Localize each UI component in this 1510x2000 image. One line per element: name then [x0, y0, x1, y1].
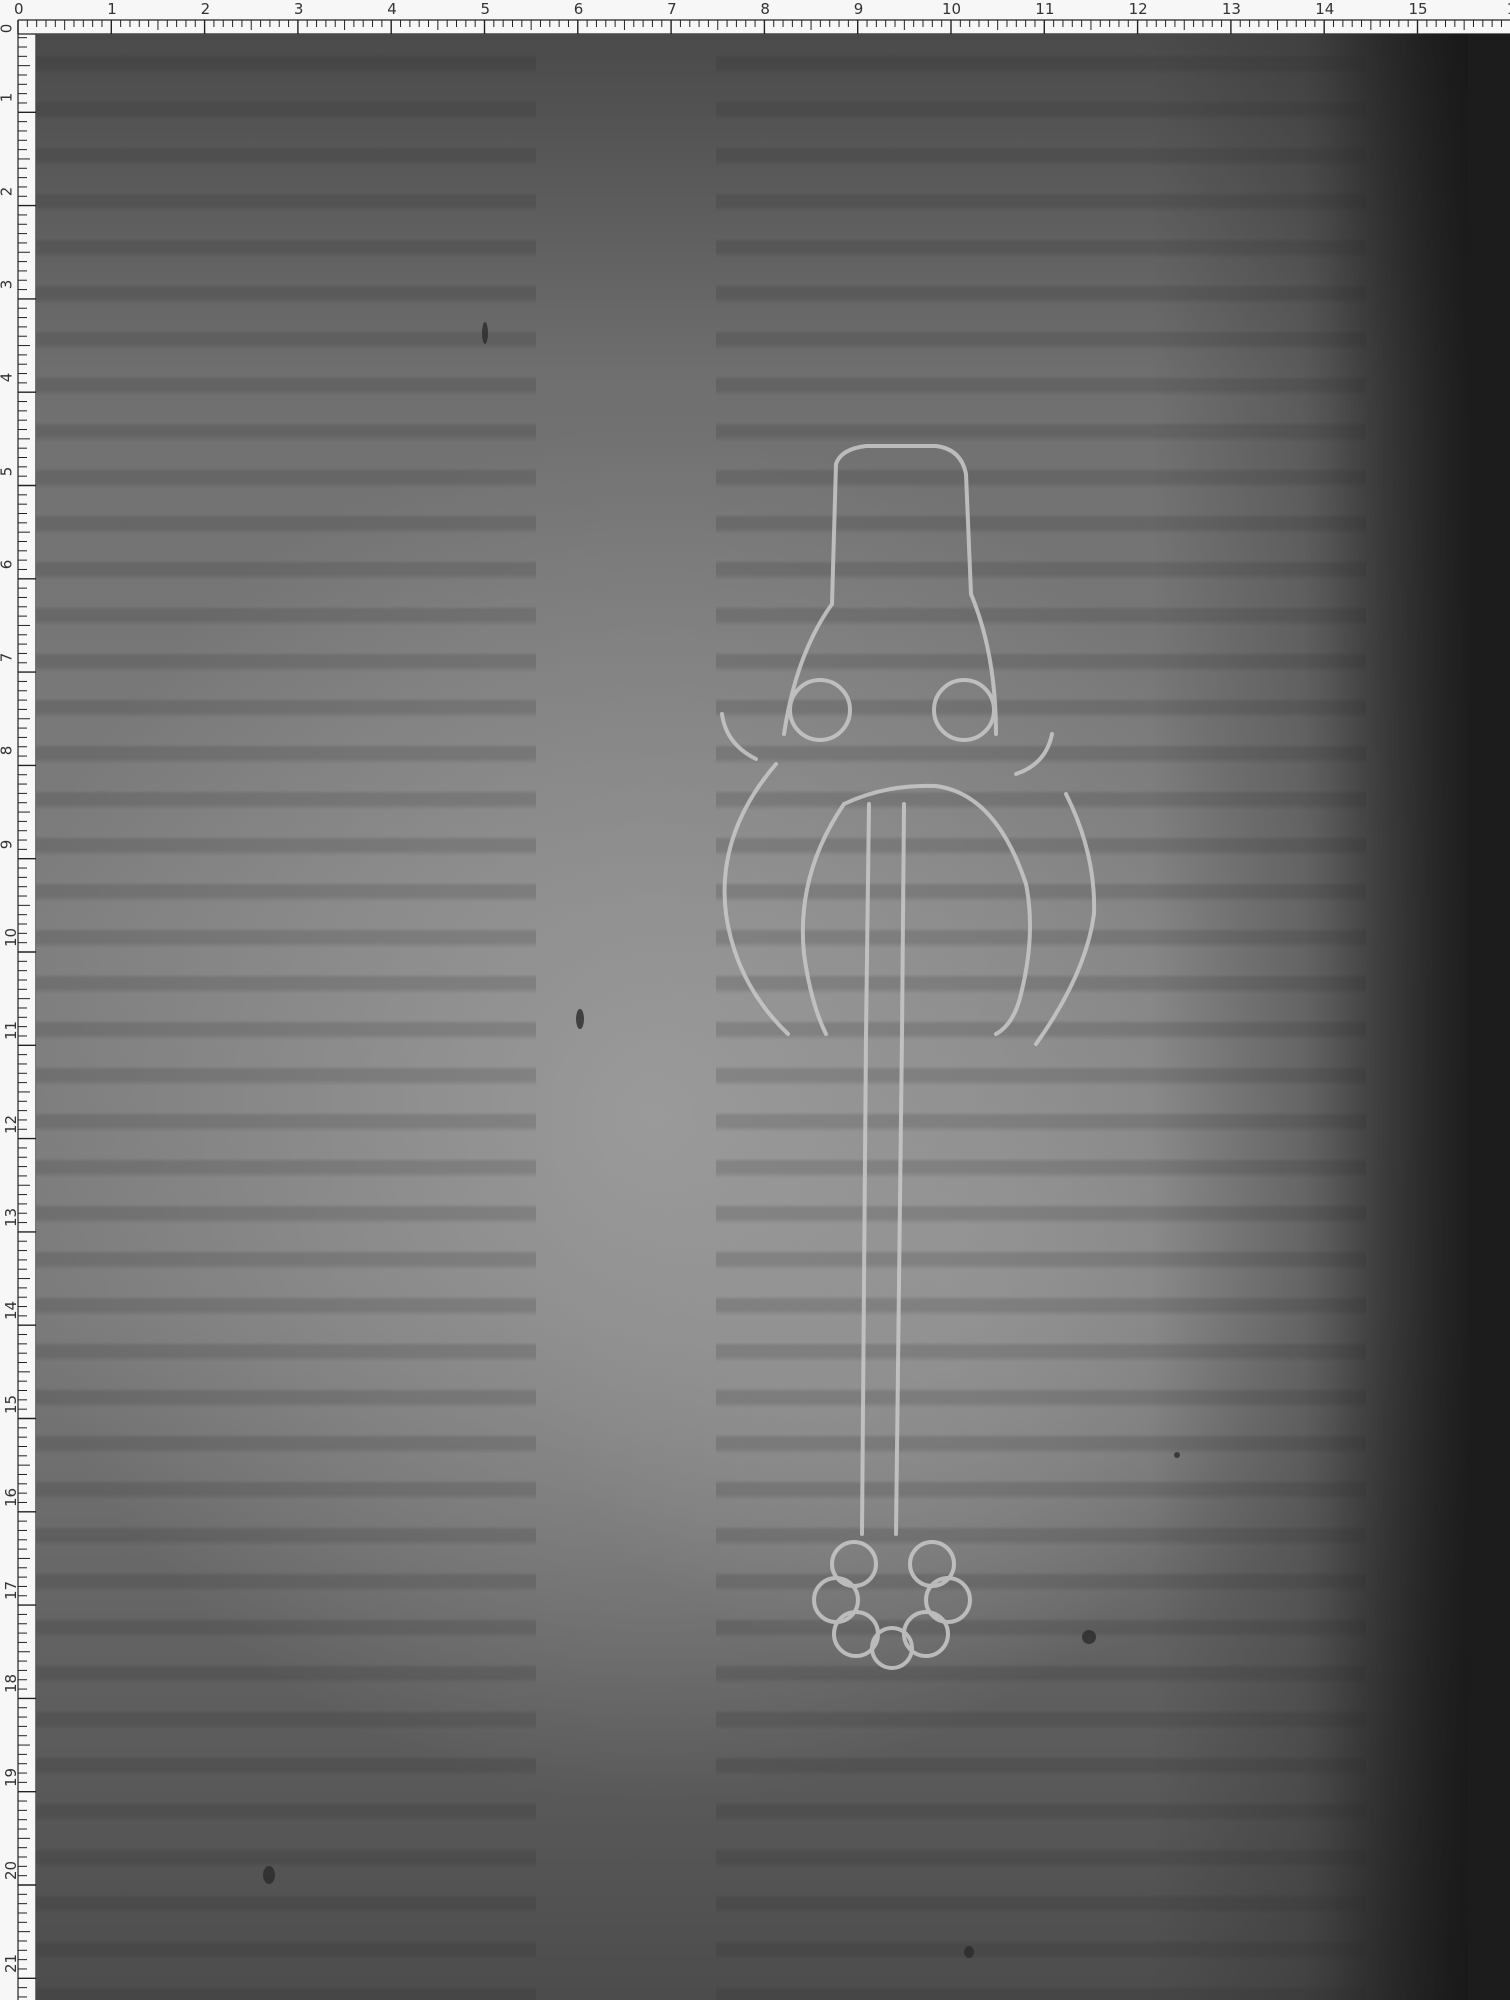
watermark-left-inner-arm [803, 804, 844, 1034]
watermark-left-hand [722, 714, 756, 759]
watermark-right-circle [934, 680, 994, 740]
watermark-body-top [844, 786, 1030, 1034]
watermark-right-hand [1016, 734, 1052, 774]
watermark-right-outer-arm [1036, 794, 1094, 1044]
watermark-stem-left [862, 804, 869, 1534]
watermark-left-circle [790, 680, 850, 740]
watermark-figure [36, 34, 1510, 2000]
watermark-head-outline [832, 446, 996, 734]
document-scan-image [36, 34, 1510, 2000]
watermark-left-outer-arm [725, 764, 788, 1034]
watermark-rosette [814, 1542, 970, 1668]
watermark-stem-right [896, 804, 904, 1534]
